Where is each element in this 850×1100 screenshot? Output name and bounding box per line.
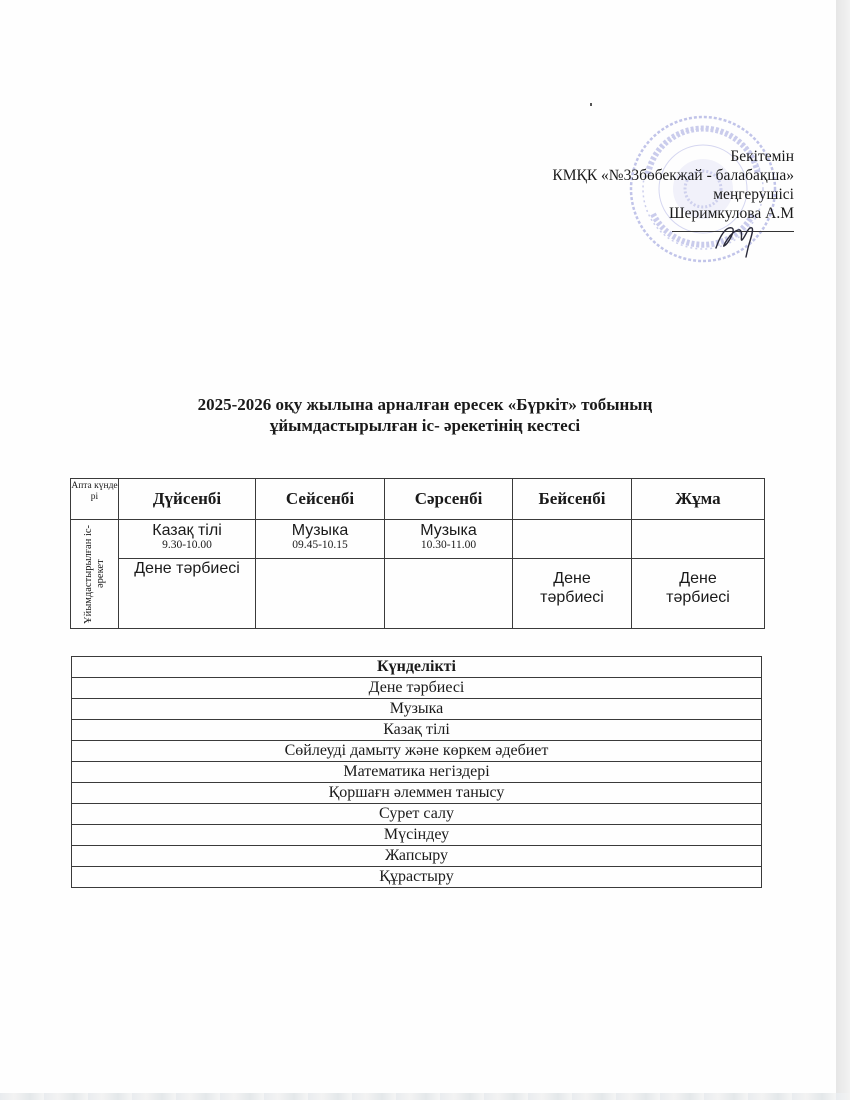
- daily-header-row: Күнделікті: [72, 657, 762, 678]
- lesson-name-line-1: Дене: [553, 570, 590, 587]
- cell-wednesday-1: Музыка 10.30-11.00: [385, 520, 513, 559]
- cell-friday-2: Дене тәрбиесі: [632, 559, 765, 629]
- daily-row: Жапсыру: [72, 846, 762, 867]
- scan-bottom-strip: [0, 1093, 850, 1100]
- schedule-row-2: Дене тәрбиесі Дене тәрбиесі Дене тәрбиес…: [71, 559, 765, 629]
- cell-monday-2: Дене тәрбиесі: [119, 559, 256, 629]
- daily-item: Мүсіндеу: [72, 825, 762, 846]
- daily-activities-table: Күнделікті Дене тәрбиесі Музыка Казақ ті…: [71, 656, 762, 888]
- lesson-time: 10.30-11.00: [385, 539, 512, 552]
- lesson-name-line-2: тәрбиесі: [540, 589, 604, 606]
- lesson-time: 09.45-10.15: [256, 539, 384, 552]
- daily-item: Математика негіздері: [72, 762, 762, 783]
- document-title: 2025-2026 оқу жылына арналған ересек «Бү…: [100, 394, 750, 436]
- scan-page-edge: [836, 0, 850, 1100]
- cell-thursday-1: [513, 520, 632, 559]
- lesson-name: [385, 559, 512, 560]
- cell-wednesday-2: [385, 559, 513, 629]
- daily-row: Дене тәрбиесі: [72, 678, 762, 699]
- daily-row: Математика негіздері: [72, 762, 762, 783]
- daily-row: Құрастыру: [72, 867, 762, 888]
- daily-item: Музыка: [72, 699, 762, 720]
- daily-item: Құрастыру: [72, 867, 762, 888]
- approval-heading: Бекітемін: [494, 147, 794, 166]
- approval-position: меңгерушісі: [494, 185, 794, 204]
- cell-tuesday-2: [256, 559, 385, 629]
- cell-tuesday-1: Музыка 09.45-10.15: [256, 520, 385, 559]
- document-page: Бекітемін КМҚК «№33бөбекжай - балабақша»…: [0, 0, 836, 1100]
- daily-item: Сурет салу: [72, 804, 762, 825]
- lesson-name: [513, 520, 631, 523]
- activity-side-label-cell: Ұйымдастырылған іс- әрекет: [71, 520, 119, 629]
- daily-row: Сурет салу: [72, 804, 762, 825]
- daily-row: Мүсіндеу: [72, 825, 762, 846]
- schedule-row-1: Ұйымдастырылған іс- әрекет Казақ тілі 9.…: [71, 520, 765, 559]
- day-header-friday: Жұма: [632, 479, 765, 520]
- schedule-header-row: Апта күндері Дүйсенбі Сейсенбі Сәрсенбі …: [71, 479, 765, 520]
- scan-speck: [590, 103, 592, 106]
- weekly-schedule-table: Апта күндері Дүйсенбі Сейсенбі Сәрсенбі …: [70, 478, 765, 629]
- daily-row: Қоршағн әлеммен танысу: [72, 783, 762, 804]
- cell-thursday-2: Дене тәрбиесі: [513, 559, 632, 629]
- lesson-name: Казақ тілі: [119, 520, 255, 539]
- daily-item: Сөйлеуді дамыту және көркем әдебиет: [72, 741, 762, 762]
- lesson-name-line-2: тәрбиесі: [666, 589, 730, 606]
- lesson-name: Дене тәрбиесі: [632, 559, 764, 607]
- daily-item: Казақ тілі: [72, 720, 762, 741]
- daily-row: Сөйлеуді дамыту және көркем әдебиет: [72, 741, 762, 762]
- week-days-corner-label: Апта күндері: [71, 479, 119, 520]
- day-header-wednesday: Сәрсенбі: [385, 479, 513, 520]
- lesson-time: 9.30-10.00: [119, 539, 255, 552]
- daily-item: Жапсыру: [72, 846, 762, 867]
- daily-item: Дене тәрбиесі: [72, 678, 762, 699]
- lesson-name: Дене тәрбиесі: [119, 559, 255, 578]
- cell-friday-1: [632, 520, 765, 559]
- daily-header: Күнделікті: [72, 657, 762, 678]
- daily-row: Казақ тілі: [72, 720, 762, 741]
- title-line-2: ұйымдастырылған іс- әрекетінің кестесі: [100, 415, 750, 436]
- lesson-name-line-1: Дене: [679, 570, 716, 587]
- lesson-name: Музыка: [385, 520, 512, 539]
- daily-item: Қоршағн әлеммен танысу: [72, 783, 762, 804]
- handwritten-signature-icon: [712, 218, 758, 258]
- cell-monday-1: Казақ тілі 9.30-10.00: [119, 520, 256, 559]
- day-header-monday: Дүйсенбі: [119, 479, 256, 520]
- day-header-thursday: Бейсенбі: [513, 479, 632, 520]
- approval-organization: КМҚК «№33бөбекжай - балабақша»: [494, 166, 794, 185]
- activity-side-label: Ұйымдастырылған іс- әрекет: [83, 520, 107, 628]
- title-line-1: 2025-2026 оқу жылына арналған ересек «Бү…: [100, 394, 750, 415]
- day-header-tuesday: Сейсенбі: [256, 479, 385, 520]
- daily-row: Музыка: [72, 699, 762, 720]
- lesson-name: [632, 520, 764, 523]
- lesson-name: Музыка: [256, 520, 384, 539]
- lesson-name: [256, 559, 384, 560]
- lesson-name: Дене тәрбиесі: [513, 559, 631, 607]
